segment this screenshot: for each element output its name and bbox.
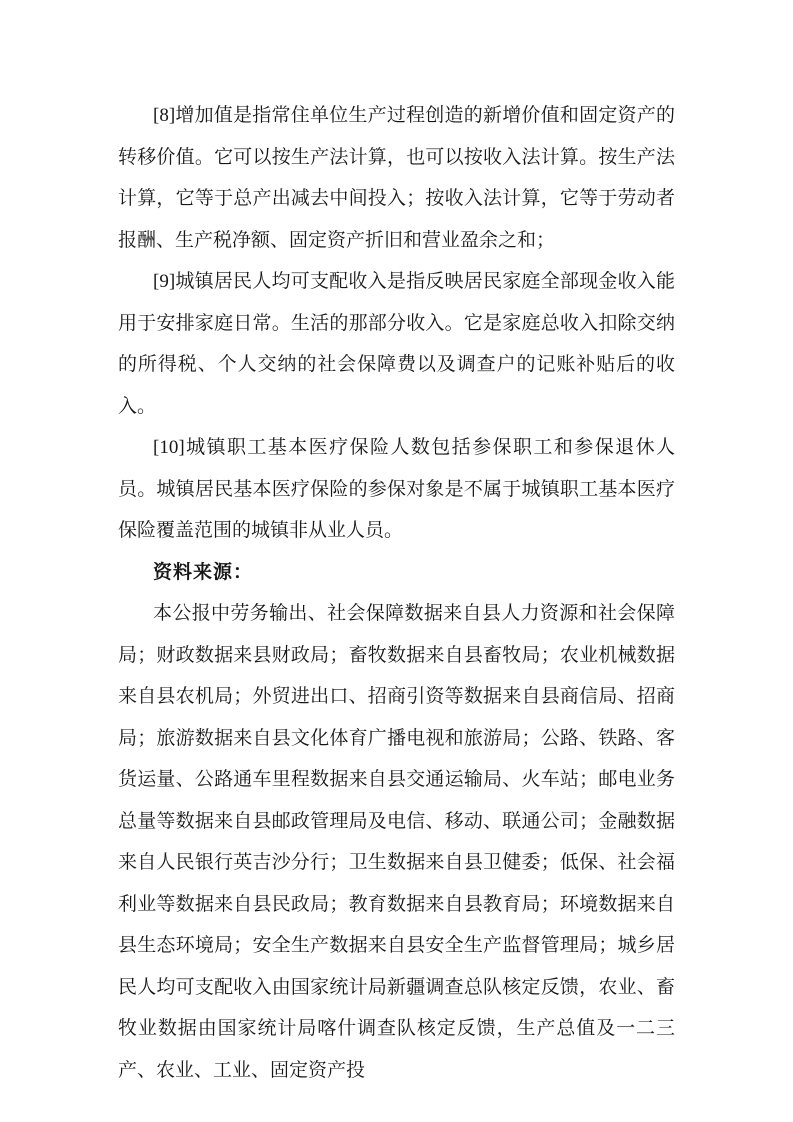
note-9-paragraph: [9]城镇居民人均可支配收入是指反映居民家庭全部现金收入能用于安排家庭日常。生活… bbox=[118, 261, 675, 427]
note-8-paragraph: [8]增加值是指常住单位生产过程创造的新增价值和固定资产的转移价值。它可以按生产… bbox=[118, 95, 675, 261]
document-page: [8]增加值是指常住单位生产过程创造的新增价值和固定资产的转移价值。它可以按生产… bbox=[0, 0, 793, 1122]
source-heading: 资料来源： bbox=[118, 552, 675, 594]
note-10-paragraph: [10]城镇职工基本医疗保险人数包括参保职工和参保退休人员。城镇居民基本医疗保险… bbox=[118, 427, 675, 552]
source-paragraph: 本公报中劳务输出、社会保障数据来自县人力资源和社会保障局；财政数据来县财政局；畜… bbox=[118, 593, 675, 1091]
